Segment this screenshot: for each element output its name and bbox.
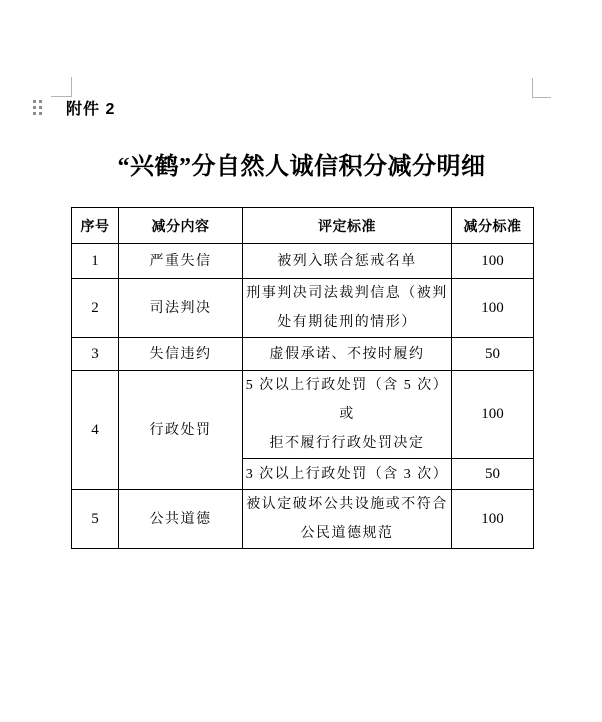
criteria-line: 3 次以上行政处罚（含 3 次） (245, 460, 449, 489)
content-cell: 司法判决 (119, 279, 243, 338)
table-row: 4 行政处罚 5 次以上行政处罚（含 5 次）或 拒不履行行政处罚决定 100 (72, 371, 534, 459)
score-cell: 100 (452, 371, 534, 459)
criteria-cell: 被认定破坏公共设施或不符合 公民道德规范 (243, 490, 452, 549)
column-header-serial: 序号 (72, 208, 119, 244)
attachment-label: 附件 2 (66, 100, 115, 120)
criteria-cell: 3 次以上行政处罚（含 3 次） (243, 459, 452, 490)
criteria-line: 拒不履行行政处罚决定 (245, 429, 449, 458)
table-row: 1 严重失信 被列入联合惩戒名单 100 (72, 244, 534, 279)
column-header-score: 减分标准 (452, 208, 534, 244)
score-cell: 50 (452, 338, 534, 371)
deduction-table: 序号 减分内容 评定标准 减分标准 1 严重失信 被列入联合惩戒名单 100 2… (71, 207, 534, 549)
table-header-row: 序号 减分内容 评定标准 减分标准 (72, 208, 534, 244)
document-title: “兴鹤”分自然人诚信积分减分明细 (71, 151, 532, 183)
serial-cell: 4 (72, 371, 119, 490)
criteria-cell: 虚假承诺、不按时履约 (243, 338, 452, 371)
document-page: 附件 2 “兴鹤”分自然人诚信积分减分明细 序号 减分内容 评定标准 减分标准 … (0, 0, 602, 722)
score-cell: 100 (452, 244, 534, 279)
drag-handle-icon[interactable] (33, 100, 42, 115)
criteria-line: 刑事判决司法裁判信息（被判 (245, 279, 449, 308)
serial-cell: 3 (72, 338, 119, 371)
criteria-line: 公民道德规范 (245, 519, 449, 548)
serial-cell: 1 (72, 244, 119, 279)
criteria-line: 被列入联合惩戒名单 (245, 247, 449, 276)
score-cell: 50 (452, 459, 534, 490)
criteria-cell: 5 次以上行政处罚（含 5 次）或 拒不履行行政处罚决定 (243, 371, 452, 459)
content-cell: 行政处罚 (119, 371, 243, 490)
content-cell: 严重失信 (119, 244, 243, 279)
score-cell: 100 (452, 279, 534, 338)
column-header-content: 减分内容 (119, 208, 243, 244)
score-cell: 100 (452, 490, 534, 549)
criteria-cell: 被列入联合惩戒名单 (243, 244, 452, 279)
criteria-line: 被认定破坏公共设施或不符合 (245, 490, 449, 519)
criteria-cell: 刑事判决司法裁判信息（被判 处有期徒刑的情形） (243, 279, 452, 338)
table-row: 3 失信违约 虚假承诺、不按时履约 50 (72, 338, 534, 371)
table-row: 5 公共道德 被认定破坏公共设施或不符合 公民道德规范 100 (72, 490, 534, 549)
criteria-line: 虚假承诺、不按时履约 (245, 340, 449, 369)
table-row: 2 司法判决 刑事判决司法裁判信息（被判 处有期徒刑的情形） 100 (72, 279, 534, 338)
serial-cell: 2 (72, 279, 119, 338)
criteria-line: 5 次以上行政处罚（含 5 次）或 (245, 371, 449, 429)
column-header-criteria: 评定标准 (243, 208, 452, 244)
page-margin-mark-top-right (532, 78, 551, 98)
serial-cell: 5 (72, 490, 119, 549)
content-cell: 失信违约 (119, 338, 243, 371)
content-cell: 公共道德 (119, 490, 243, 549)
page-margin-mark-top-left (51, 77, 72, 97)
criteria-line: 处有期徒刑的情形） (245, 308, 449, 337)
